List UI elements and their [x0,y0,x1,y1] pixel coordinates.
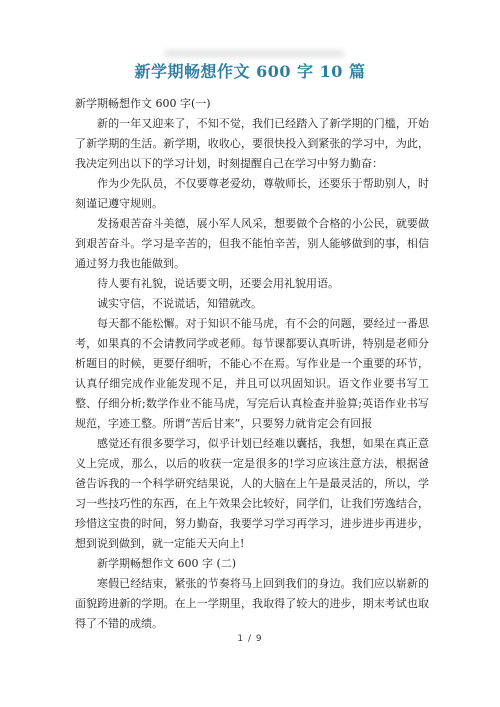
scan-smudge-artifact [164,50,344,57]
section-heading-1: 新学期畅想作文 600 字(一) [75,94,429,114]
paragraph: 作为少先队员，不仅要尊老爱幼，尊敬师长，还要乐于帮助别人，时刻谨记遵守规则。 [75,174,429,214]
paragraph: 发扬艰苦奋斗美德，展小军人风采，想要做个合格的小公民，就要做到艰苦奋斗。学习是辛… [75,214,429,274]
document-title: 新学期畅想作文 600 字 10 篇 [0,59,500,82]
paragraph: 诚实守信，不说谎话，知错就改。 [75,294,429,314]
paragraph: 待人要有礼貌，说话要文明，还要会用礼貌用语。 [75,274,429,294]
document-body: 新学期畅想作文 600 字(一) 新的一年又迎来了，不知不觉，我们已经踏入了新学… [75,94,429,634]
paragraph: 每天都不能松懈。对于知识不能马虎，有不会的问题，要经过一番思考，如果真的不会请教… [75,314,429,434]
section-heading-2: 新学期畅想作文 600 字 (二) [75,554,429,574]
document-page: 新学期畅想作文 600 字 10 篇 新学期畅想作文 600 字(一) 新的一年… [0,0,500,707]
paragraph: 感觉还有很多要学习，似乎计划已经难以囊括，我想，如果在真正意义上完成，那么，以后… [75,434,429,554]
page-number-indicator: 1 / 9 [0,634,500,644]
paragraph: 寒假已经结束，紧张的节奏将马上回到我们的身边。我们应以崭新的面貌跨进新的学期。在… [75,574,429,634]
paragraph: 新的一年又迎来了，不知不觉，我们已经踏入了新学期的门槛，开始了新学期的生活。新学… [75,114,429,174]
